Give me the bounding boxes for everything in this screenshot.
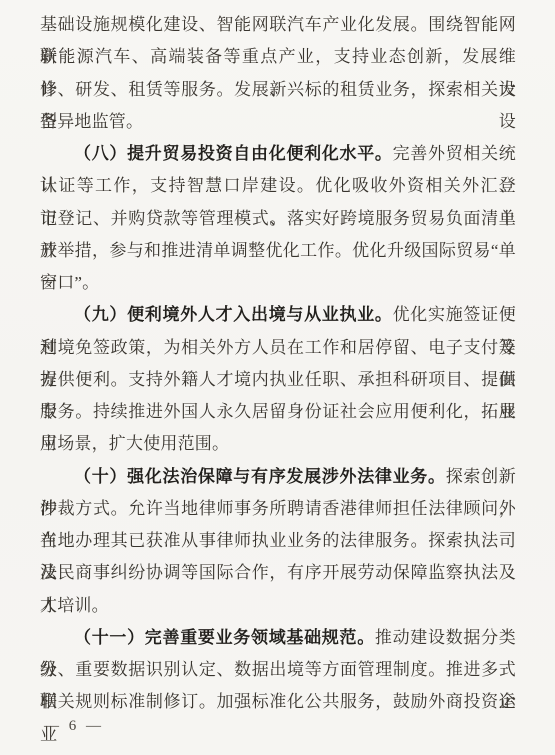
text-line: （十）强化法治保障与有序发展涉外法律业务。探索创新涉外 xyxy=(40,461,516,493)
line-text: 才培训。 xyxy=(40,596,109,615)
text-line: 认证等工作，支持智慧口岸建设。优化吸收外资相关外汇登记、上 xyxy=(40,170,516,202)
line-text: 用场景，扩大使用范围。 xyxy=(40,434,229,453)
section-heading: （九）便利境外人才入出境与从业执业。 xyxy=(74,305,393,324)
section-heading: （十一）完善重要业务领域基础规范。 xyxy=(74,628,375,647)
text-line: 基础设施规模化建设、智能网联汽车产业化发展。围绕智能网联 xyxy=(40,9,516,41)
line-text: 相关规则标准制修订。加强标准化公共服务，鼓励外商投资企业 xyxy=(40,692,516,743)
text-line: 放举措，参与和推进清单调整优化工作。优化升级国际贸易“单一 xyxy=(40,235,516,267)
text-line: 提供便利。支持外籍人才境内执业任职、承担科研项目、提供专业 xyxy=(40,364,516,396)
line-text: 窗口”。 xyxy=(40,273,99,292)
document-body: 基础设施规模化建设、智能网联汽车产业化发展。围绕智能网联新能源汽车、高端装备等重… xyxy=(40,9,516,719)
text-line: 新能源汽车、高端装备等重点产业，支持业态创新，发展维修、设 xyxy=(40,41,516,73)
text-line: 计、研发、租赁等服务。发展新兴标的租赁业务，探索相关大型设 xyxy=(40,74,516,106)
section-heading: （十）强化法治保障与有序发展涉外法律业务。 xyxy=(74,467,446,486)
text-line: （九）便利境外人才入出境与从业执业。优化实施签证便利及 xyxy=(40,299,516,331)
section-heading: （八）提升贸易投资自由化便利化水平。 xyxy=(74,144,393,163)
text-line: 当地办理其已获准从事律师执业业务的法律服务。探索执法司法 xyxy=(40,525,516,557)
text-line: （八）提升贸易投资自由化便利化水平。完善外贸相关统计、 xyxy=(40,138,516,170)
text-line: 才培训。 xyxy=(40,590,516,622)
text-line: （十一）完善重要业务领域基础规范。推动建设数据分类分 xyxy=(40,622,516,654)
text-line: 相关规则标准制修订。加强标准化公共服务，鼓励外商投资企业 xyxy=(40,686,516,718)
text-line: 服务。持续推进外国人永久居留身份证社会应用便利化，拓展应 xyxy=(40,396,516,428)
text-line: 市登记、并购贷款等管理模式。落实好跨境服务贸易负面清单开 xyxy=(40,203,516,235)
text-line: 用场景，扩大使用范围。 xyxy=(40,428,516,460)
text-line: 窗口”。 xyxy=(40,267,516,299)
text-line: 仲裁方式。允许当地律师事务所聘请香港律师担任法律顾问，在 xyxy=(40,493,516,525)
text-line: 及民商事纠纷协调等国际合作，有序开展劳动保障监察执法及人 xyxy=(40,557,516,589)
document-page: 基础设施规模化建设、智能网联汽车产业化发展。围绕智能网联新能源汽车、高端装备等重… xyxy=(0,0,555,755)
text-line: 级、重要数据识别认定、数据出境等方面管理制度。推进多式联运 xyxy=(40,654,516,686)
line-text: 备异地监管。 xyxy=(40,112,143,131)
page-number: — 6 — xyxy=(44,718,104,735)
text-line: 过境免签政策，为相关外方人员在工作和居停留、电子支付等方面 xyxy=(40,332,516,364)
